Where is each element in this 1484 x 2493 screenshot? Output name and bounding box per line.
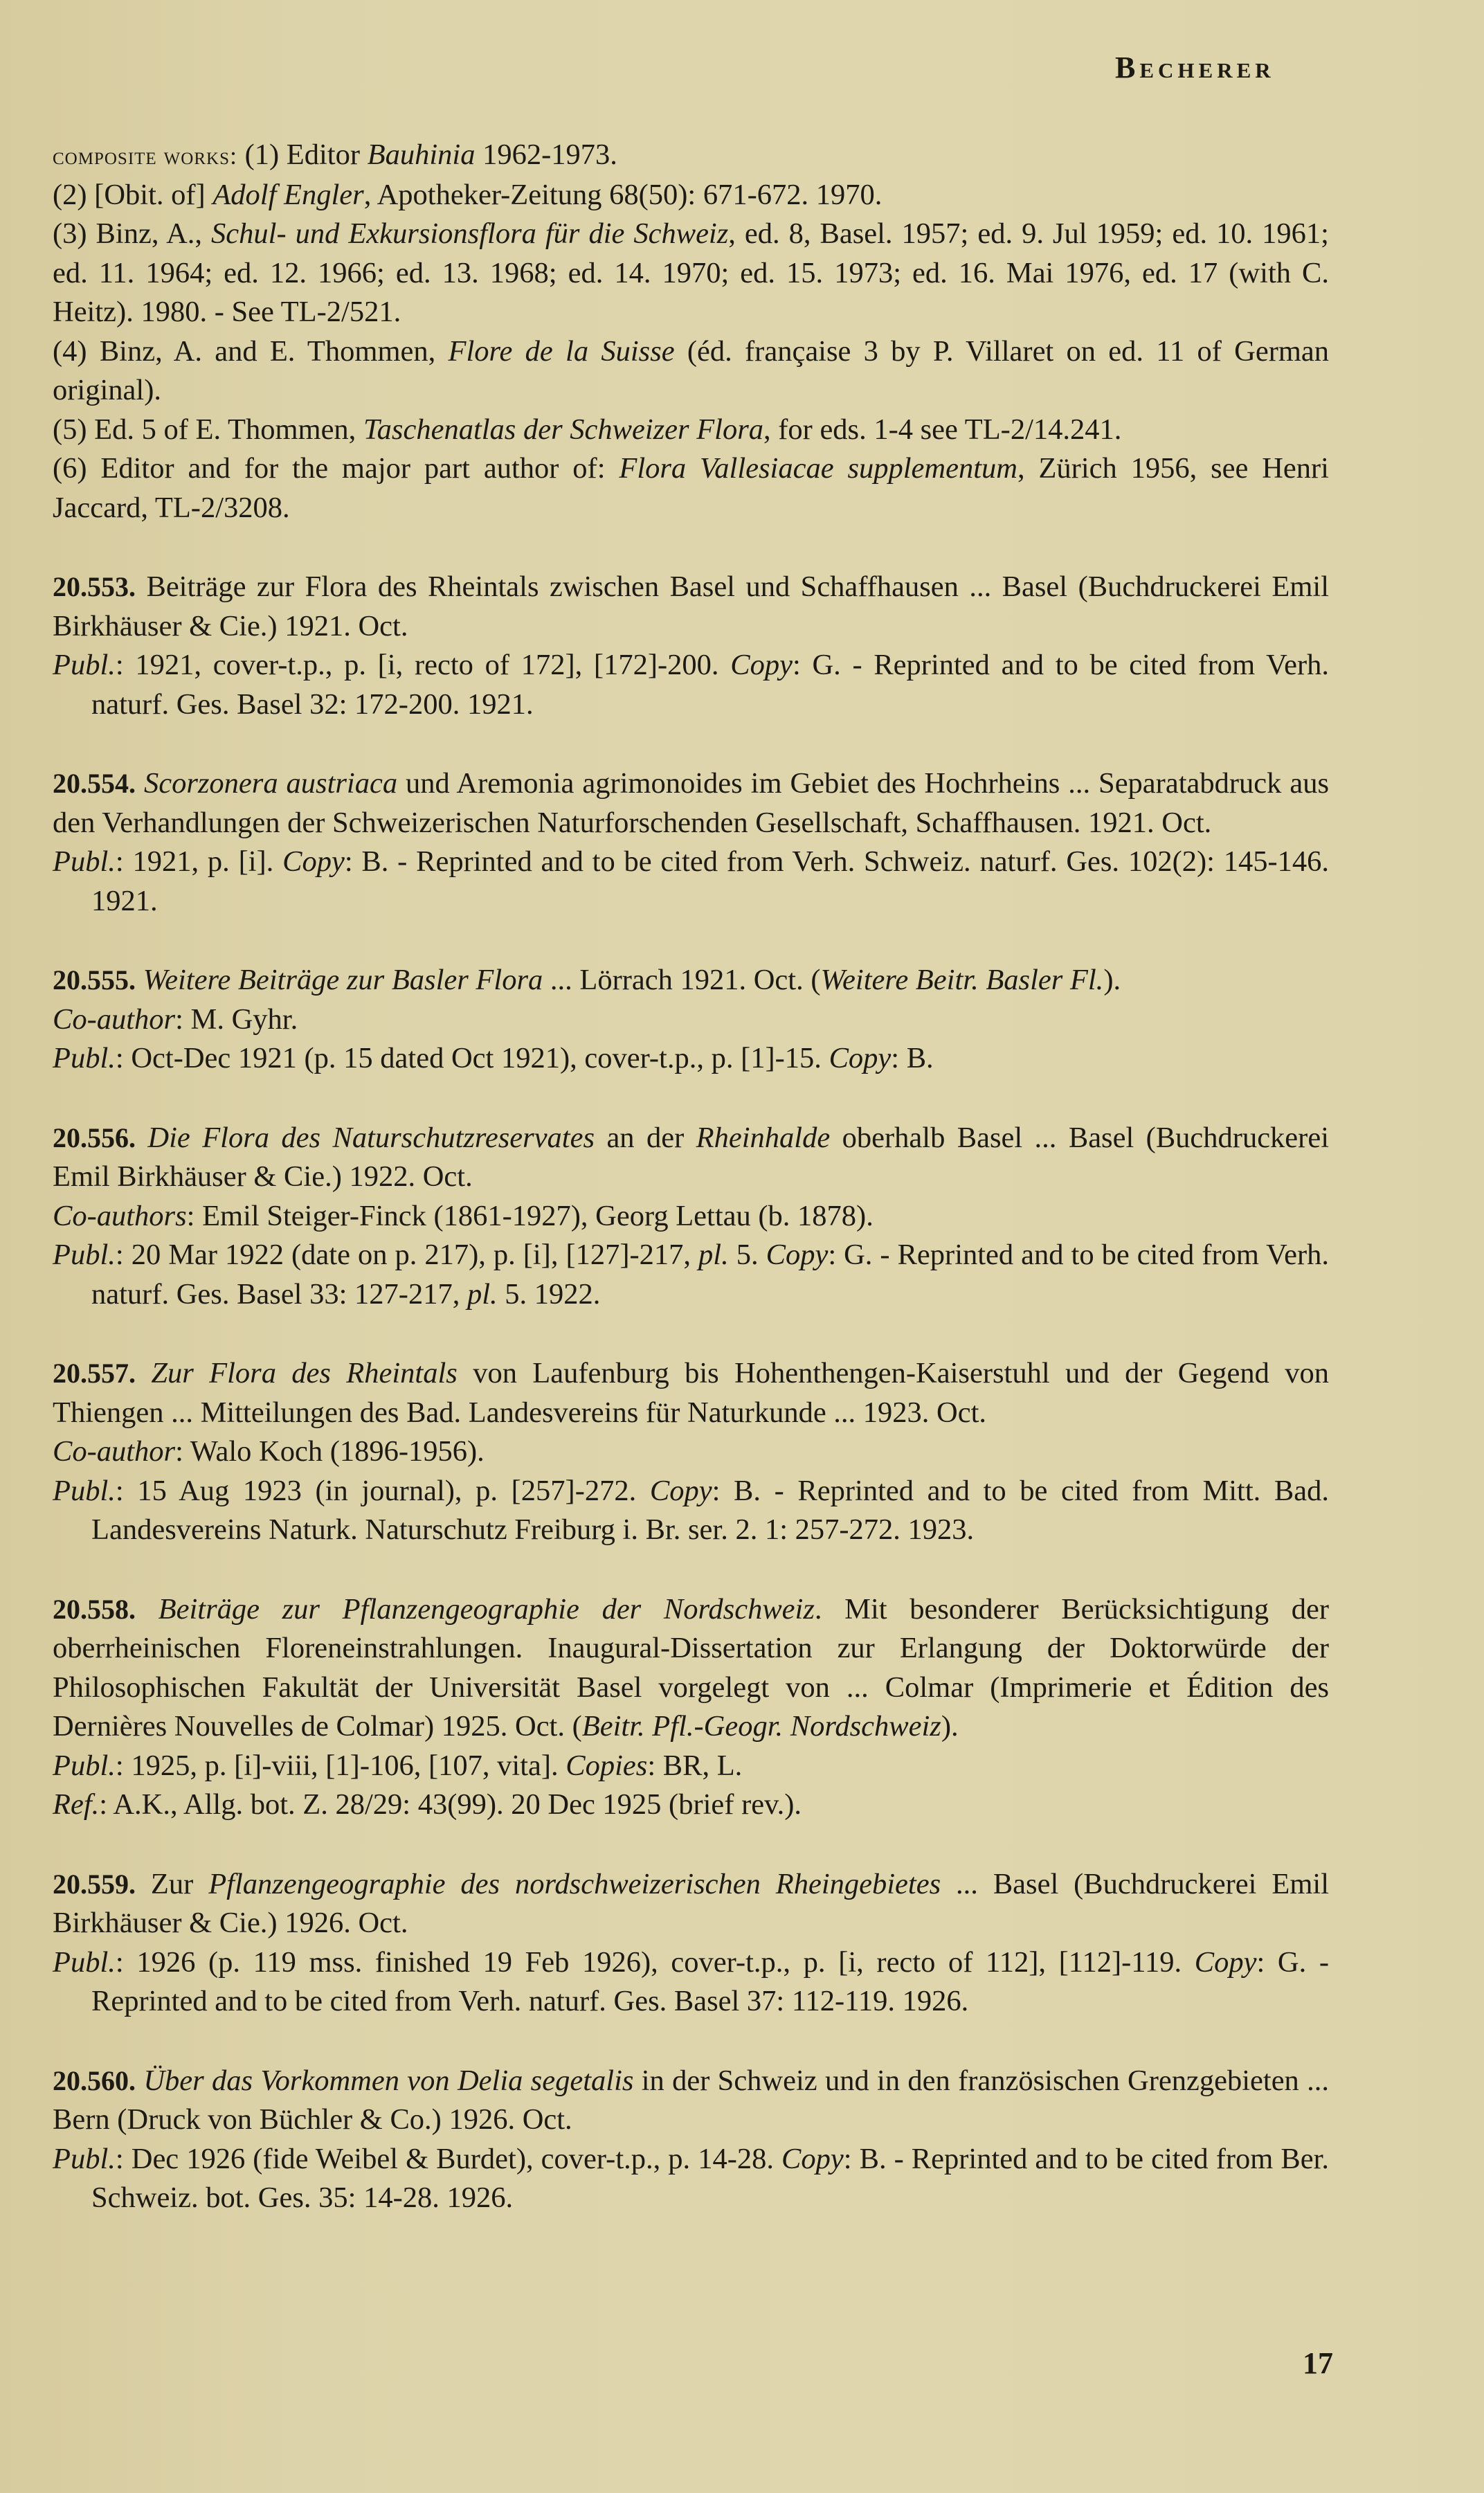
- composite-work-4: (4) Binz, A. and E. Thommen, Flore de la…: [53, 332, 1329, 411]
- running-head: Becherer: [1115, 50, 1275, 85]
- entry-publ: Publ.: 1926 (p. 119 mss. finished 19 Feb…: [53, 1943, 1329, 2022]
- entry-title: 20.554. Scorzonera austriaca und Aremoni…: [53, 764, 1329, 843]
- page-content: composite works: (1) Editor Bauhinia 196…: [53, 136, 1329, 2218]
- entry-publ: Publ.: 1925, p. [i]-viii, [1]-106, [107,…: [53, 1747, 1329, 1786]
- entry-publ: Publ.: 20 Mar 1922 (date on p. 217), p. …: [53, 1236, 1329, 1314]
- entry-20-553: 20.553. Beiträge zur Flora des Rheintals…: [53, 568, 1329, 724]
- entry-20-555: 20.555. Weitere Beiträge zur Basler Flor…: [53, 961, 1329, 1079]
- entry-title: 20.553. Beiträge zur Flora des Rheintals…: [53, 568, 1329, 646]
- entry-publ: Publ.: Oct-Dec 1921 (p. 15 dated Oct 192…: [53, 1039, 1329, 1079]
- entry-publ: Publ.: Dec 1926 (fide Weibel & Burdet), …: [53, 2140, 1329, 2218]
- entry-title: 20.560. Über das Vorkommen von Delia seg…: [53, 2062, 1329, 2140]
- composite-work-5: (5) Ed. 5 of E. Thommen, Taschenatlas de…: [53, 411, 1329, 450]
- entry-20-556: 20.556. Die Flora des Naturschutzreserva…: [53, 1119, 1329, 1315]
- composite-work-6: (6) Editor and for the major part author…: [53, 449, 1329, 528]
- entry-publ: Publ.: 1921, cover-t.p., p. [i, recto of…: [53, 646, 1329, 724]
- entry-coauthor: Co-authors: Emil Steiger-Finck (1861-192…: [53, 1197, 1329, 1236]
- composite-works: composite works: (1) Editor Bauhinia 196…: [53, 136, 1329, 528]
- entry-title: 20.556. Die Flora des Naturschutzreserva…: [53, 1119, 1329, 1197]
- entry-publ: Publ.: 1921, p. [i]. Copy: B. - Reprinte…: [53, 843, 1329, 921]
- entry-20-558: 20.558. Beiträge zur Pflanzengeographie …: [53, 1590, 1329, 1825]
- entry-title: 20.557. Zur Flora des Rheintals von Lauf…: [53, 1354, 1329, 1432]
- entry-title: 20.559. Zur Pflanzengeographie des nords…: [53, 1865, 1329, 1943]
- entry-20-559: 20.559. Zur Pflanzengeographie des nords…: [53, 1865, 1329, 2022]
- composite-work-1: composite works: (1) Editor Bauhinia 196…: [53, 136, 1329, 176]
- entry-title: 20.558. Beiträge zur Pflanzengeographie …: [53, 1590, 1329, 1747]
- entry-20-557: 20.557. Zur Flora des Rheintals von Lauf…: [53, 1354, 1329, 1550]
- entry-coauthor: Co-author: Walo Koch (1896-1956).: [53, 1432, 1329, 1472]
- entry-publ: Publ.: 15 Aug 1923 (in journal), p. [257…: [53, 1472, 1329, 1550]
- page-number: 17: [1303, 2346, 1333, 2381]
- entry-title: 20.555. Weitere Beiträge zur Basler Flor…: [53, 961, 1329, 1000]
- entry-ref: Ref.: A.K., Allg. bot. Z. 28/29: 43(99).…: [53, 1785, 1329, 1825]
- composite-work-2: (2) [Obit. of] Adolf Engler, Apotheker-Z…: [53, 176, 1329, 215]
- entry-20-560: 20.560. Über das Vorkommen von Delia seg…: [53, 2062, 1329, 2218]
- entry-coauthor: Co-author: M. Gyhr.: [53, 1000, 1329, 1040]
- composite-work-3: (3) Binz, A., Schul- und Exkursionsflora…: [53, 215, 1329, 332]
- entry-20-554: 20.554. Scorzonera austriaca und Aremoni…: [53, 764, 1329, 921]
